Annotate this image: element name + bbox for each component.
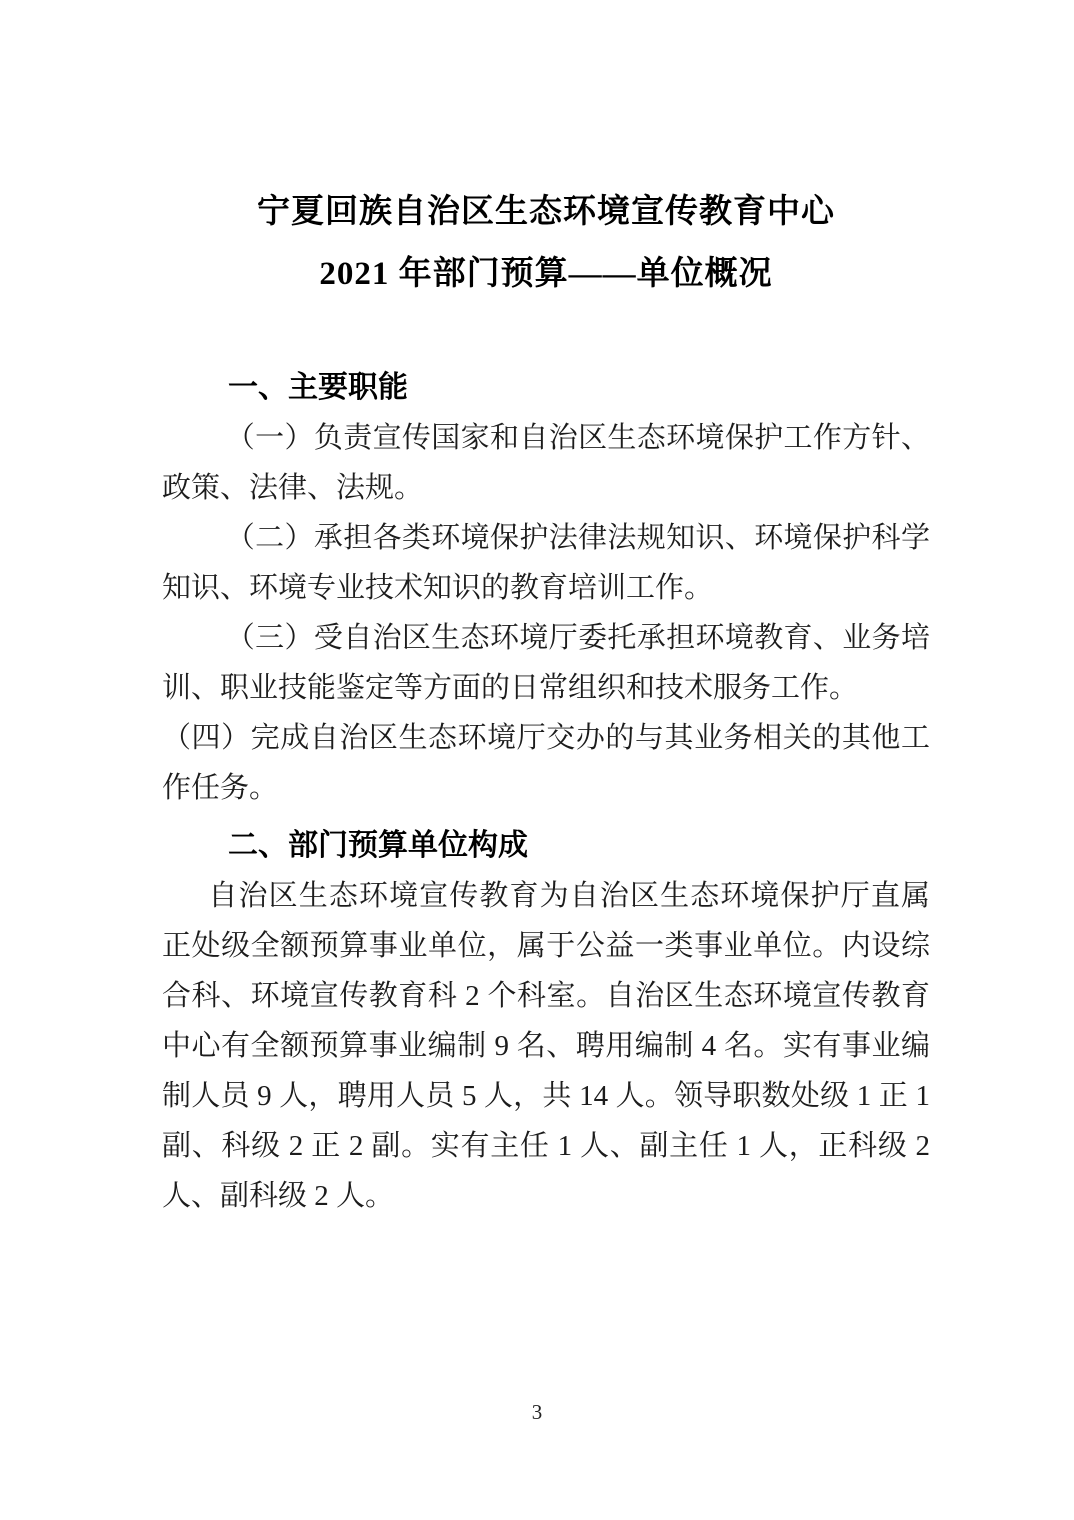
- section-1-heading: 一、主要职能: [162, 363, 930, 413]
- paragraph-4-line-1: （四）完成自治区生态环境厅交办的与其业务相关的其他工: [162, 713, 930, 763]
- document-page: 宁夏回族自治区生态环境宣传教育中心 2021 年部门预算——单位概况 一、主要职…: [0, 0, 1074, 1520]
- paragraph-5-line-1: 自治区生态环境宣传教育为自治区生态环境保护厅直属: [162, 871, 930, 921]
- paragraph-4-line-2: 作任务。: [162, 763, 930, 813]
- document-title-line-2: 2021 年部门预算——单位概况: [162, 243, 930, 305]
- paragraph-5-line-6: 副、科级 2 正 2 副。实有主任 1 人、副主任 1 人，正科级 2: [162, 1121, 930, 1171]
- page-number: 3: [0, 1400, 1074, 1425]
- paragraph-5-line-3: 合科、环境宣传教育科 2 个科室。自治区生态环境宣传教育: [162, 971, 930, 1021]
- paragraph-5-line-2: 正处级全额预算事业单位，属于公益一类事业单位。内设综: [162, 921, 930, 971]
- paragraph-3-line-1: （三）受自治区生态环境厅委托承担环境教育、业务培: [162, 613, 930, 663]
- paragraph-5-line-7: 人、副科级 2 人。: [162, 1171, 930, 1221]
- paragraph-1-line-2: 政策、法律、法规。: [162, 463, 930, 513]
- document-content: 宁夏回族自治区生态环境宣传教育中心 2021 年部门预算——单位概况 一、主要职…: [162, 0, 930, 1221]
- paragraph-5-line-5: 制人员 9 人，聘用人员 5 人，共 14 人。领导职数处级 1 正 1: [162, 1071, 930, 1121]
- paragraph-2-line-2: 知识、环境专业技术知识的教育培训工作。: [162, 563, 930, 613]
- paragraph-5-line-4: 中心有全额预算事业编制 9 名、聘用编制 4 名。实有事业编: [162, 1021, 930, 1071]
- document-title-line-1: 宁夏回族自治区生态环境宣传教育中心: [162, 181, 930, 243]
- paragraph-2-line-1: （二）承担各类环境保护法律法规知识、环境保护科学: [162, 513, 930, 563]
- paragraph-3-line-2: 训、职业技能鉴定等方面的日常组织和技术服务工作。: [162, 663, 930, 713]
- paragraph-1-line-1: （一）负责宣传国家和自治区生态环境保护工作方针、: [162, 413, 930, 463]
- section-2-heading: 二、部门预算单位构成: [162, 821, 930, 871]
